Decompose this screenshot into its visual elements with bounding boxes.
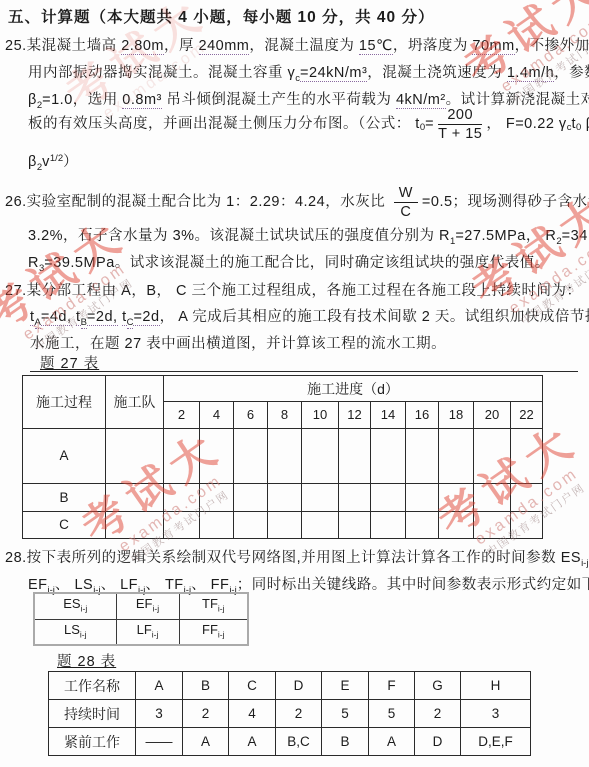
duration: 2 <box>183 700 229 728</box>
grid-cell <box>339 512 371 539</box>
work-name: H <box>461 672 531 700</box>
q27-line3: 水施工，在题 27 表中画出横道图，并计算该工程的流水工期。 <box>30 334 446 354</box>
tick-label: 22 <box>511 402 543 429</box>
grid-cell <box>234 484 268 512</box>
q27-line1: 27.某分部工程由 A，B， C 三个施工过程组成，各施工过程在各施工段上持续时… <box>5 281 582 301</box>
grid-cell <box>200 484 234 512</box>
grid-cell <box>302 512 339 539</box>
q26-line3: R3=39.5MPa。试求该混凝土的施工配合比，同时确定该组试块的强度代表值。 <box>28 253 550 275</box>
grid-cell <box>439 512 474 539</box>
param-es: ESi-j <box>34 593 116 619</box>
grid-cell <box>511 512 543 539</box>
predecessor: D <box>415 728 461 756</box>
grid-cell <box>164 429 200 484</box>
duration: 5 <box>322 700 369 728</box>
grid-cell <box>234 512 268 539</box>
grid-cell <box>164 512 200 539</box>
param-ef: EFi-j <box>116 593 179 619</box>
grid-cell <box>406 484 439 512</box>
grid-cell <box>474 429 511 484</box>
predecessor: A <box>183 728 229 756</box>
grid-cell <box>200 512 234 539</box>
tick-label: 4 <box>200 402 234 429</box>
work-name: B <box>183 672 229 700</box>
col-header-process: 施工过程 <box>23 376 106 429</box>
predecessor: B <box>322 728 369 756</box>
tick-label: 20 <box>474 402 511 429</box>
duration: 5 <box>369 700 415 728</box>
grid-cell <box>302 484 339 512</box>
q25-line2: 用内部振动器捣实混凝土。混凝土容重 γc=24kN/m³，混凝土浇筑速度为 1.… <box>28 63 589 85</box>
grid-cell <box>511 429 543 484</box>
grid-cell <box>406 512 439 539</box>
time-parameter-legend-table: ESi-j EFi-j TFi-j LSi-j LFi-j FFi-j <box>33 592 249 646</box>
grid-cell <box>268 429 302 484</box>
col-header-crew: 施工队 <box>106 376 164 429</box>
grid-cell <box>302 429 339 484</box>
table-28-logic: 工作名称 A B C D E F G H 持续时间 3 2 4 2 5 5 2 … <box>48 671 531 756</box>
grid-cell <box>268 512 302 539</box>
col-header-progress: 施工进度（d） <box>164 376 543 402</box>
work-name: A <box>136 672 183 700</box>
exam-paper-page: 五、计算题（本大题共 4 小题，每小题 10 分，共 40 分） 25.某混凝土… <box>0 0 589 767</box>
work-name: F <box>369 672 415 700</box>
tick-label: 8 <box>268 402 302 429</box>
param-tf: TFi-j <box>179 593 248 619</box>
grid-cell <box>106 429 164 484</box>
work-name: D <box>276 672 322 700</box>
duration: 4 <box>229 700 276 728</box>
grid-cell <box>164 484 200 512</box>
tick-label: 10 <box>302 402 339 429</box>
predecessor: —— <box>136 728 183 756</box>
grid-cell <box>371 512 406 539</box>
q25-line1: 25.某混凝土墙高 2.80m，厚 240mm，混凝土温度为 15℃，坍落度为 … <box>5 36 589 56</box>
duration: 2 <box>415 700 461 728</box>
param-ls: LSi-j <box>34 619 116 645</box>
tick-label: 14 <box>371 402 406 429</box>
q26-line1: 26.实验室配制的混凝土配合比为 1：2.29：4.24，水灰比 WC=0.5；… <box>5 181 589 223</box>
tick-label: 18 <box>439 402 474 429</box>
grid-cell <box>200 429 234 484</box>
param-lf: LFi-j <box>116 619 179 645</box>
tick-label: 2 <box>164 402 200 429</box>
tick-label: 12 <box>339 402 371 429</box>
grid-cell <box>371 484 406 512</box>
grid-cell <box>406 429 439 484</box>
grid-cell <box>268 484 302 512</box>
q25-line4: 板的有效压头高度，并画出混凝土侧压力分布图。（公式： t0=200T + 15，… <box>28 104 589 144</box>
duration: 2 <box>276 700 322 728</box>
row-header: 紧前工作 <box>49 728 136 756</box>
grid-cell <box>339 484 371 512</box>
row-label-a: A <box>23 429 106 484</box>
grid-cell <box>511 484 543 512</box>
work-name: E <box>322 672 369 700</box>
grid-cell <box>234 429 268 484</box>
predecessor: B,C <box>276 728 322 756</box>
grid-cell <box>474 484 511 512</box>
duration: 3 <box>136 700 183 728</box>
duration: 3 <box>461 700 531 728</box>
work-name: C <box>229 672 276 700</box>
q25-line5: β2v1/2） <box>28 152 78 174</box>
grid-cell <box>106 484 164 512</box>
grid-cell <box>474 512 511 539</box>
row-label-c: C <box>23 512 106 539</box>
row-header: 持续时间 <box>49 700 136 728</box>
tick-label: 6 <box>234 402 268 429</box>
q27-line2: tA=4d, tB=2d, tC=2d， A 完成后其相应的施工段有技术间歇 2… <box>30 307 589 329</box>
predecessor: A <box>369 728 415 756</box>
section-heading: 五、计算题（本大题共 4 小题，每小题 10 分，共 40 分） <box>8 8 434 28</box>
grid-cell <box>439 484 474 512</box>
param-ff: FFi-j <box>179 619 248 645</box>
row-header: 工作名称 <box>49 672 136 700</box>
row-label-b: B <box>23 484 106 512</box>
grid-cell <box>371 429 406 484</box>
predecessor: A <box>229 728 276 756</box>
work-name: G <box>415 672 461 700</box>
q28-line1: 28.按下表所列的逻辑关系绘制双代号网络图,并用图上计算法计算各工作的时间参数 … <box>5 548 589 570</box>
tick-label: 16 <box>406 402 439 429</box>
table-28-caption: 题 28 表 <box>57 652 116 672</box>
grid-cell <box>439 429 474 484</box>
divider-line <box>30 371 578 372</box>
q26-line2: 3.2%，石子含水量为 3%。该混凝土试块试压的强度值分别为 R1=27.5MP… <box>28 226 589 248</box>
grid-cell <box>106 512 164 539</box>
table-27-gantt: 施工过程 施工队 施工进度（d） 2 4 6 8 10 12 14 16 18 … <box>22 375 543 539</box>
grid-cell <box>339 429 371 484</box>
predecessor: D,E,F <box>461 728 531 756</box>
